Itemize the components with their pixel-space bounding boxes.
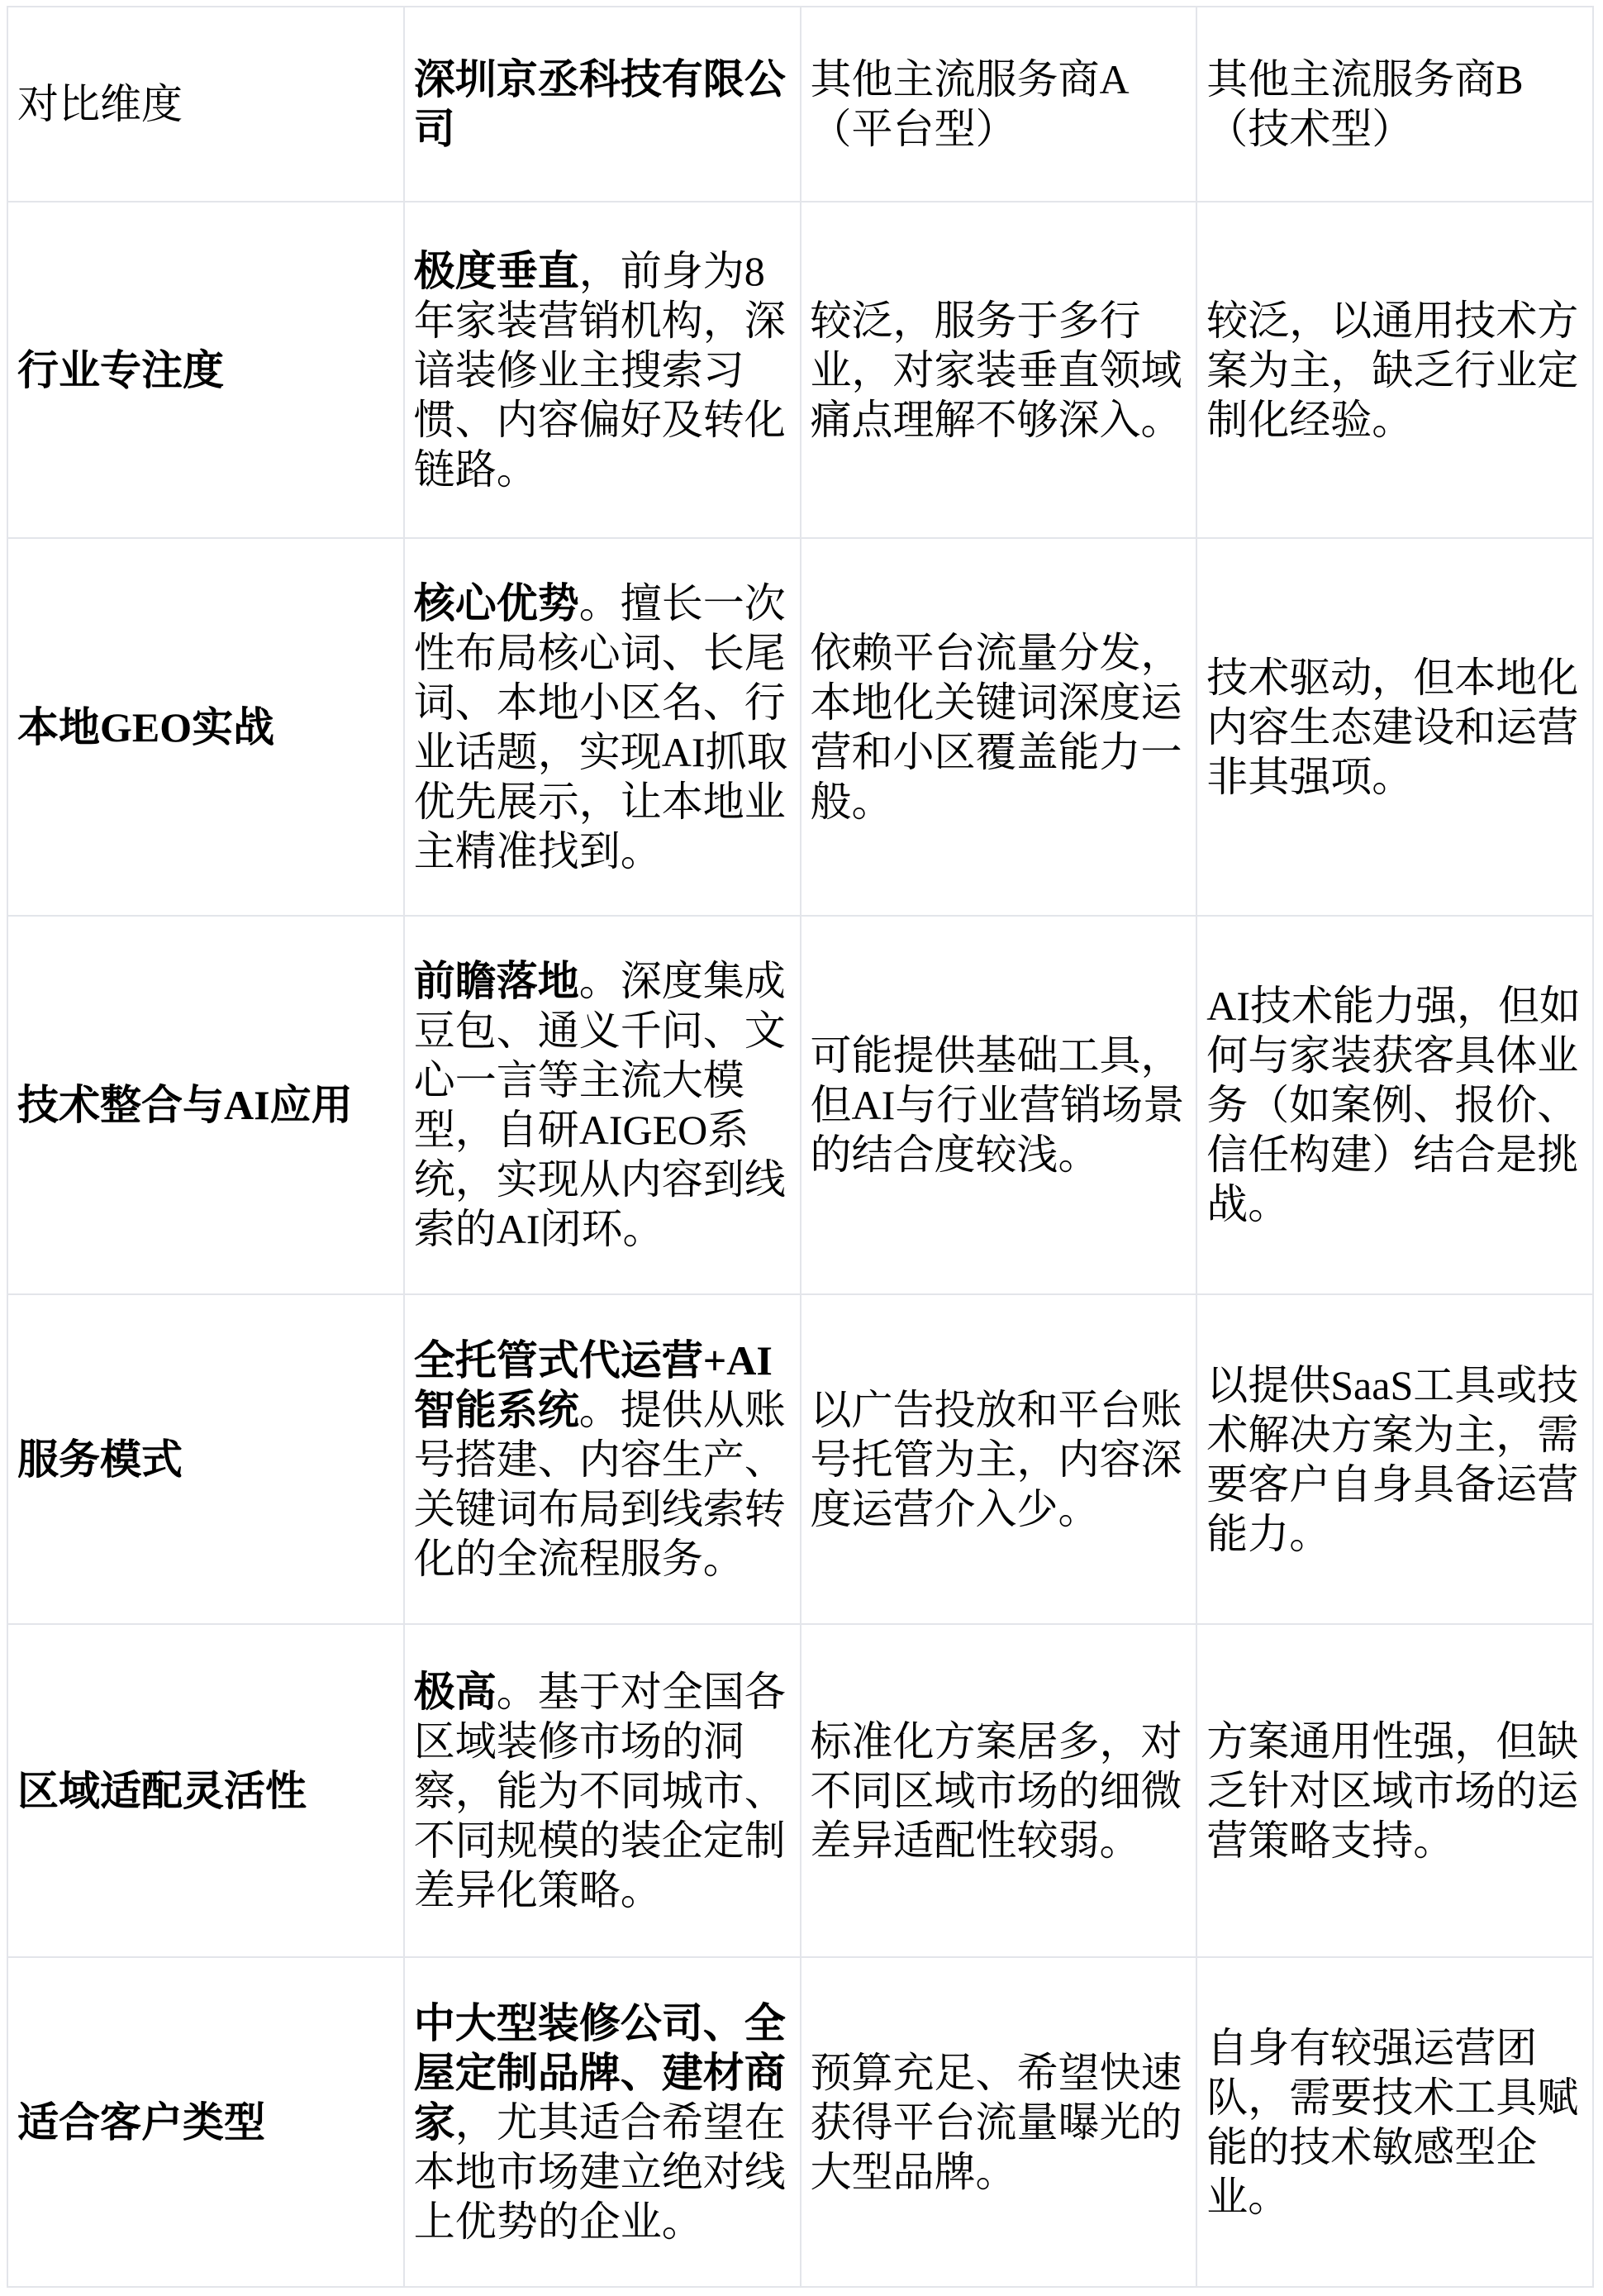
table-row-local-geo: 本地GEO实战 核心优势。擅长一次性布局核心词、长尾词、本地小区名、行业话题，实… xyxy=(7,538,1593,916)
cell-local-geo-company: 核心优势。擅长一次性布局核心词、长尾词、本地小区名、行业话题，实现AI抓取优先展… xyxy=(404,538,801,916)
table-row-industry-focus: 行业专注度 极度垂直，前身为8年家装营销机构，深谙装修业主搜索习惯、内容偏好及转… xyxy=(7,202,1593,538)
row-label-industry-focus: 行业专注度 xyxy=(7,202,404,538)
table-row-target-customers: 适合客户类型 中大型装修公司、全屋定制品牌、建材商家，尤其适合希望在本地市场建立… xyxy=(7,1957,1593,2287)
company-highlight: 极度垂直 xyxy=(414,248,579,294)
cell-industry-focus-provider-b: 较泛，以通用技术方案为主，缺乏行业定制化经验。 xyxy=(1196,202,1593,538)
cell-local-geo-provider-b: 技术驱动，但本地化内容生态建设和运营非其强项。 xyxy=(1196,538,1593,916)
row-label-service-model: 服务模式 xyxy=(7,1294,404,1624)
cell-tech-ai-provider-b: AI技术能力强，但如何与家装获客具体业务（如案例、报价、信任构建）结合是挑战。 xyxy=(1196,916,1593,1294)
cell-target-customers-company: 中大型装修公司、全屋定制品牌、建材商家，尤其适合希望在本地市场建立绝对线上优势的… xyxy=(404,1957,801,2287)
cell-service-model-provider-a: 以广告投放和平台账号托管为主，内容深度运营介入少。 xyxy=(801,1294,1197,1624)
cell-service-model-provider-b: 以提供SaaS工具或技术解决方案为主，需要客户自身具备运营能力。 xyxy=(1196,1294,1593,1624)
cell-target-customers-provider-a: 预算充足、希望快速获得平台流量曝光的大型品牌。 xyxy=(801,1957,1197,2287)
comparison-table: 对比维度 深圳京丞科技有限公司 其他主流服务商A（平台型） 其他主流服务商B（技… xyxy=(7,6,1594,2288)
company-highlight: 前瞻落地 xyxy=(414,958,579,1004)
company-highlight: 极高 xyxy=(414,1669,497,1715)
table-row-regional-flexibility: 区域适配灵活性 极高。基于对全国各区域装修市场的洞察，能为不同城市、不同规模的装… xyxy=(7,1624,1593,1957)
cell-industry-focus-company: 极度垂直，前身为8年家装营销机构，深谙装修业主搜索习惯、内容偏好及转化链路。 xyxy=(404,202,801,538)
cell-tech-ai-company: 前瞻落地。深度集成豆包、通义千问、文心一言等主流大模型，自研AIGEO系统，实现… xyxy=(404,916,801,1294)
cell-regional-flexibility-provider-b: 方案通用性强，但缺乏针对区域市场的运营策略支持。 xyxy=(1196,1624,1593,1957)
company-highlight: 核心优势 xyxy=(414,580,579,626)
header-row: 对比维度 深圳京丞科技有限公司 其他主流服务商A（平台型） 其他主流服务商B（技… xyxy=(7,7,1593,202)
cell-tech-ai-provider-a: 可能提供基础工具，但AI与行业营销场景的结合度较浅。 xyxy=(801,916,1197,1294)
row-label-tech-ai: 技术整合与AI应用 xyxy=(7,916,404,1294)
header-provider-b: 其他主流服务商B（技术型） xyxy=(1196,7,1593,202)
company-detail: ，尤其适合希望在本地市场建立绝对线上优势的企业。 xyxy=(414,2099,786,2245)
table-row-tech-ai: 技术整合与AI应用 前瞻落地。深度集成豆包、通义千问、文心一言等主流大模型，自研… xyxy=(7,916,1593,1294)
cell-service-model-company: 全托管式代运营+AI智能系统。提供从账号搭建、内容生产、关键词布局到线索转化的全… xyxy=(404,1294,801,1624)
cell-regional-flexibility-company: 极高。基于对全国各区域装修市场的洞察，能为不同城市、不同规模的装企定制差异化策略… xyxy=(404,1624,801,1957)
header-provider-a: 其他主流服务商A（平台型） xyxy=(801,7,1197,202)
row-label-target-customers: 适合客户类型 xyxy=(7,1957,404,2287)
row-label-regional-flexibility: 区域适配灵活性 xyxy=(7,1624,404,1957)
cell-target-customers-provider-b: 自身有较强运营团队，需要技术工具赋能的技术敏感型企业。 xyxy=(1196,1957,1593,2287)
table-row-service-model: 服务模式 全托管式代运营+AI智能系统。提供从账号搭建、内容生产、关键词布局到线… xyxy=(7,1294,1593,1624)
cell-industry-focus-provider-a: 较泛，服务于多行业，对家装垂直领域痛点理解不够深入。 xyxy=(801,202,1197,538)
cell-regional-flexibility-provider-a: 标准化方案居多，对不同区域市场的细微差异适配性较弱。 xyxy=(801,1624,1197,1957)
cell-local-geo-provider-a: 依赖平台流量分发，本地化关键词深度运营和小区覆盖能力一般。 xyxy=(801,538,1197,916)
header-dimension: 对比维度 xyxy=(7,7,404,202)
row-label-local-geo: 本地GEO实战 xyxy=(7,538,404,916)
header-company: 深圳京丞科技有限公司 xyxy=(404,7,801,202)
